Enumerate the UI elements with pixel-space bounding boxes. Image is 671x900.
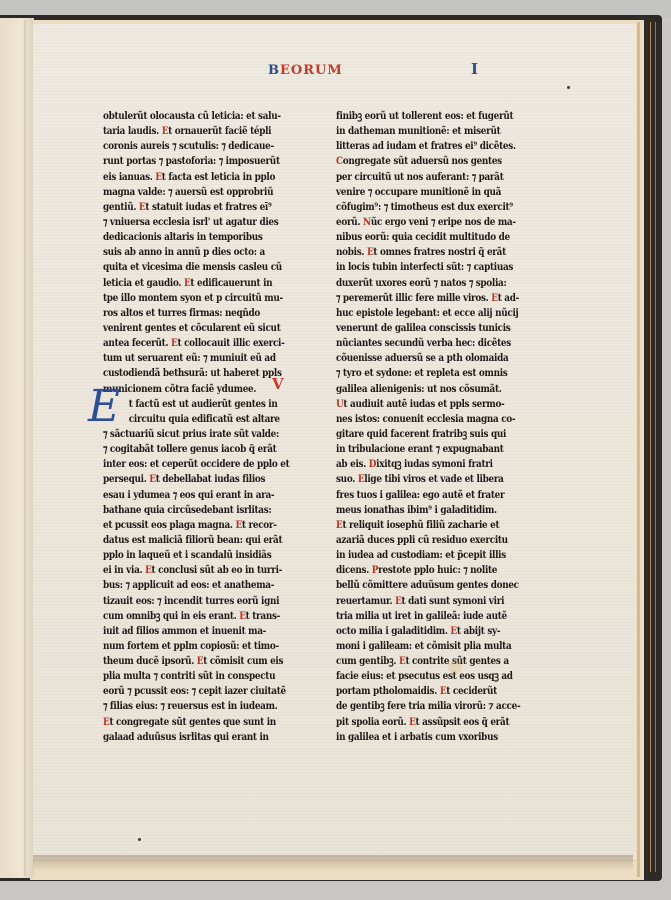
text-line: magna valde: ⁊ auersũ est opprobriũ [103, 185, 290, 200]
rubricated-capital: E [235, 519, 241, 531]
text-line: custodiendã bethsurã: ut haberet ppls [103, 366, 290, 381]
text-line: iuit ad filios ammon et inuenit ma- [103, 624, 290, 639]
backdrop-bottom [0, 878, 671, 900]
text-line: huc epistole legebant: et ecce alij nũci… [336, 306, 523, 321]
rubricated-capital: U [336, 398, 343, 410]
text-line: Et congregate sũt gentes que sunt in [103, 715, 290, 730]
text-line: ros altos et turres firmas: neqñdo [103, 306, 290, 321]
text-line: pit spolia eorũ. Et assũpsit eos q̃ erãt [336, 715, 523, 730]
rubricated-capital: E [103, 716, 109, 728]
decorated-initial: E [88, 390, 130, 424]
text-line: venirent gentes et cõcularent eũ sicut [103, 321, 290, 336]
text-line: antea fecerũt. Et collocauit illic exerc… [103, 336, 290, 351]
rubricated-capital: E [145, 564, 151, 576]
text-line: bus: ⁊ applicuit ad eos: et anathema- [103, 578, 290, 593]
text-line: datus est maliciã filiorũ bean: qui erãt [103, 533, 290, 548]
gutter-fold [24, 20, 26, 876]
text-line: nobis. Et omnes fratres nostri q̃ erãt [336, 245, 523, 260]
gilt-line [655, 22, 656, 872]
text-line: theum ducẽ ipsorũ. Et cõmisit cum eis [103, 654, 290, 669]
rubricated-capital: D [369, 458, 376, 470]
text-line: Et reliquit iosephũ filiũ zacharie et [336, 518, 523, 533]
text-line: ⁊ peremerũt illic fere mille viros. Et a… [336, 291, 523, 306]
rubricated-capital: P [372, 564, 378, 576]
text-line: esau i ydumea ⁊ eos qui erant in ara- [103, 488, 290, 503]
text-line: de gentibꝫ fere tria milia virorũ: ⁊ acc… [336, 699, 523, 714]
text-line: ⁊ vniuersa ecclesia isrl' ut agatur dies [103, 215, 290, 230]
text-line: quita et vicesima die mensis casleu cũ [103, 260, 290, 275]
text-line: obtulerũt olocausta cũ leticia: et salu- [103, 109, 290, 124]
text-line: num fortem et pplm copiosũ: et timo- [103, 639, 290, 654]
text-line: suo. Elige tibi viros et vade et libera [336, 472, 523, 487]
text-line: in galilea et i arbatis cum vxoribus [336, 730, 523, 745]
text-line: et pcussit eos plaga magna. Et recor- [103, 518, 290, 533]
text-line: cõuenisse aduersũ se a pth olomaida [336, 351, 523, 366]
text-line: bathane quia circũsedebant isrlitas: [103, 503, 290, 518]
rubricated-capital: E [399, 655, 405, 667]
running-head-blue: B [268, 63, 280, 78]
text-line: tpe illo montem syon et p circuitũ mu- [103, 291, 290, 306]
page-shadow [33, 855, 633, 871]
text-line: taria laudis. Et ornauerũt faciẽ tépli [103, 124, 290, 139]
text-line: runt portas ⁊ pastoforia: ⁊ imposuerũt [103, 154, 290, 169]
chapter-marker: V [272, 375, 284, 393]
text-line: Congregate sũt aduersũ nos gentes [336, 154, 523, 169]
rubricated-capital: E [440, 685, 446, 697]
text-line: duxerũt uxores eorũ ⁊ natos ⁊ spolia: [336, 276, 523, 291]
text-line: portam ptholomaidis. Et ceciderũt [336, 684, 523, 699]
text-column-right: finibꝫ eorũ ut tollerent eos: et fugerũt… [336, 109, 523, 745]
text-line: litteras ad iudam et fratres ei⁹ dicẽtes… [336, 139, 523, 154]
text-line: ⁊ sãctuariũ sicut prius irate sũt valde: [103, 427, 290, 442]
leaf-edge [637, 22, 640, 877]
rubricated-capital: C [336, 155, 343, 167]
text-line: gitare quid facerent fratribꝫ suis qui [336, 427, 523, 442]
folio-number: I [471, 60, 478, 78]
text-line: cõfugim⁹: ⁊ timotheus est dux exercit⁹ [336, 200, 523, 215]
text-line: in tribulacione erant ⁊ expugnabant [336, 442, 523, 457]
text-line: ab eis. Dixitqꝫ iudas symoni fratri [336, 457, 523, 472]
rubricated-capital: E [197, 655, 203, 667]
text-line: bellũ cõmittere aduũsum gentes donec [336, 578, 523, 593]
paper-speck [138, 838, 141, 841]
text-line: per circuitũ ut nos auferant: ⁊ parãt [336, 170, 523, 185]
text-line: municionem cõtra faciẽ ydumee. [103, 382, 290, 397]
rubricated-capital: E [162, 125, 168, 137]
text-line: venire ⁊ occupare munitionẽ in quã [336, 185, 523, 200]
text-line: moni i galileam: et cõmisit plia multa [336, 639, 523, 654]
text-line: nibus eorũ: quia cecidit multitudo de [336, 230, 523, 245]
gilt-line [650, 22, 651, 872]
text-line: tizauit eos: ⁊ incendit turres eorũ igni [103, 594, 290, 609]
rubricated-capital: E [491, 292, 497, 304]
text-line: dicens. Prestote pplo huic: ⁊ nolite [336, 563, 523, 578]
text-line: in iudea ad custodiam: et p̃cepit illis [336, 548, 523, 563]
rubricated-capital: E [155, 171, 161, 183]
text-line: ⁊ tyro et sydone: et repleta est omnis [336, 366, 523, 381]
rubricated-capital: E [149, 473, 155, 485]
text-line: t factũ est ut audierũt gentes in [103, 397, 290, 412]
rubricated-capital: E [367, 246, 373, 258]
text-line: leticia et gaudio. Et edificauerunt in [103, 276, 290, 291]
rubricated-capital: E [184, 277, 190, 289]
text-line: galaad aduũsus isrlitas qui erant in [103, 730, 290, 745]
running-head-red: EORUM [280, 63, 343, 78]
text-line: suis ab anno in annũ p dies octo: a [103, 245, 290, 260]
rubricated-capital: N [363, 216, 371, 228]
text-line: facie eius: et psecutus est eos usqꝫ ad [336, 669, 523, 684]
text-line: plia multa ⁊ contriti sũt in conspectu [103, 669, 290, 684]
text-line: inter eos: et ceperũt occidere de pplo e… [103, 457, 290, 472]
rubricated-capital: E [358, 473, 364, 485]
text-line: nes istos: conuenit ecclesia magna co- [336, 412, 523, 427]
rubricated-capital: E [171, 337, 177, 349]
facing-leaf-edge [0, 18, 34, 878]
text-line: ei in via. Et conclusi sũt ab eo in turr… [103, 563, 290, 578]
rubricated-capital: E [395, 595, 401, 607]
text-line: circuitu quia edificatũ est altare [103, 412, 290, 427]
rubricated-capital: E [139, 201, 145, 213]
text-line: in datheman munitionẽ: et miserũt [336, 124, 523, 139]
text-line: fres tuos i galilea: ego autẽ et frater [336, 488, 523, 503]
text-line: finibꝫ eorũ ut tollerent eos: et fugerũt [336, 109, 523, 124]
text-line: dedicacionis altaris in temporibus [103, 230, 290, 245]
text-line: pplo in laqueũ et i scandalũ insidiãs [103, 548, 290, 563]
text-line: ⁊ filias eius: ⁊ reuersus est in iudeam. [103, 699, 290, 714]
text-line: eis ianuas. Et facta est leticia in pplo [103, 170, 290, 185]
rubricated-capital: E [409, 716, 415, 728]
paper-speck [567, 86, 570, 89]
text-line: reuertamur. Et dati sunt symoni viri [336, 594, 523, 609]
text-line: azariã duces ppli cũ residuo exercitu [336, 533, 523, 548]
text-line: Ut audiuit autẽ iudas et ppls sermo- [336, 397, 523, 412]
paper-stain [448, 660, 462, 674]
text-line: persequi. Et debellabat iudas filios [103, 472, 290, 487]
rubricated-capital: E [239, 610, 245, 622]
text-line: in locis tubin interfecti sũt: ⁊ captiua… [336, 260, 523, 275]
text-line: ⁊ cogitabãt tollere genus iacob q̃ erãt [103, 442, 290, 457]
text-line: octo milia i galaditidim. Et abijt sy- [336, 624, 523, 639]
text-line: cum omnibꝫ qui in eis erant. Et trans- [103, 609, 290, 624]
text-column-left: obtulerũt olocausta cũ leticia: et salu-… [103, 109, 290, 745]
text-line: nũciantes secundũ verba hec: dicẽtes [336, 336, 523, 351]
text-line: gentiũ. Et statuit iudas et fratres eī⁹ [103, 200, 290, 215]
text-line: tria milia ut iret in galileã: iude autẽ [336, 609, 523, 624]
text-line: galilea alienigenis: ut nos cõsumãt. [336, 382, 523, 397]
text-line: eorũ ⁊ pcussit eos: ⁊ cepit iazer ciuita… [103, 684, 290, 699]
rubricated-capital: E [450, 625, 456, 637]
running-head: BEORUM [268, 63, 343, 78]
rubricated-capital: E [336, 519, 342, 531]
text-line: venerunt de galilea conscissis tunicis [336, 321, 523, 336]
text-line: cum gentibꝫ. Et contrite sũt gentes a [336, 654, 523, 669]
text-line: tum ut seruarent eũ: ⁊ muniuit eũ ad [103, 351, 290, 366]
text-line: eorũ. Nũc ergo veni ⁊ eripe nos de ma- [336, 215, 523, 230]
text-line: meus ionathas ibim⁹ i galaditidim. [336, 503, 523, 518]
text-line: coronis aureis ⁊ scutulis: ⁊ dedicaue- [103, 139, 290, 154]
